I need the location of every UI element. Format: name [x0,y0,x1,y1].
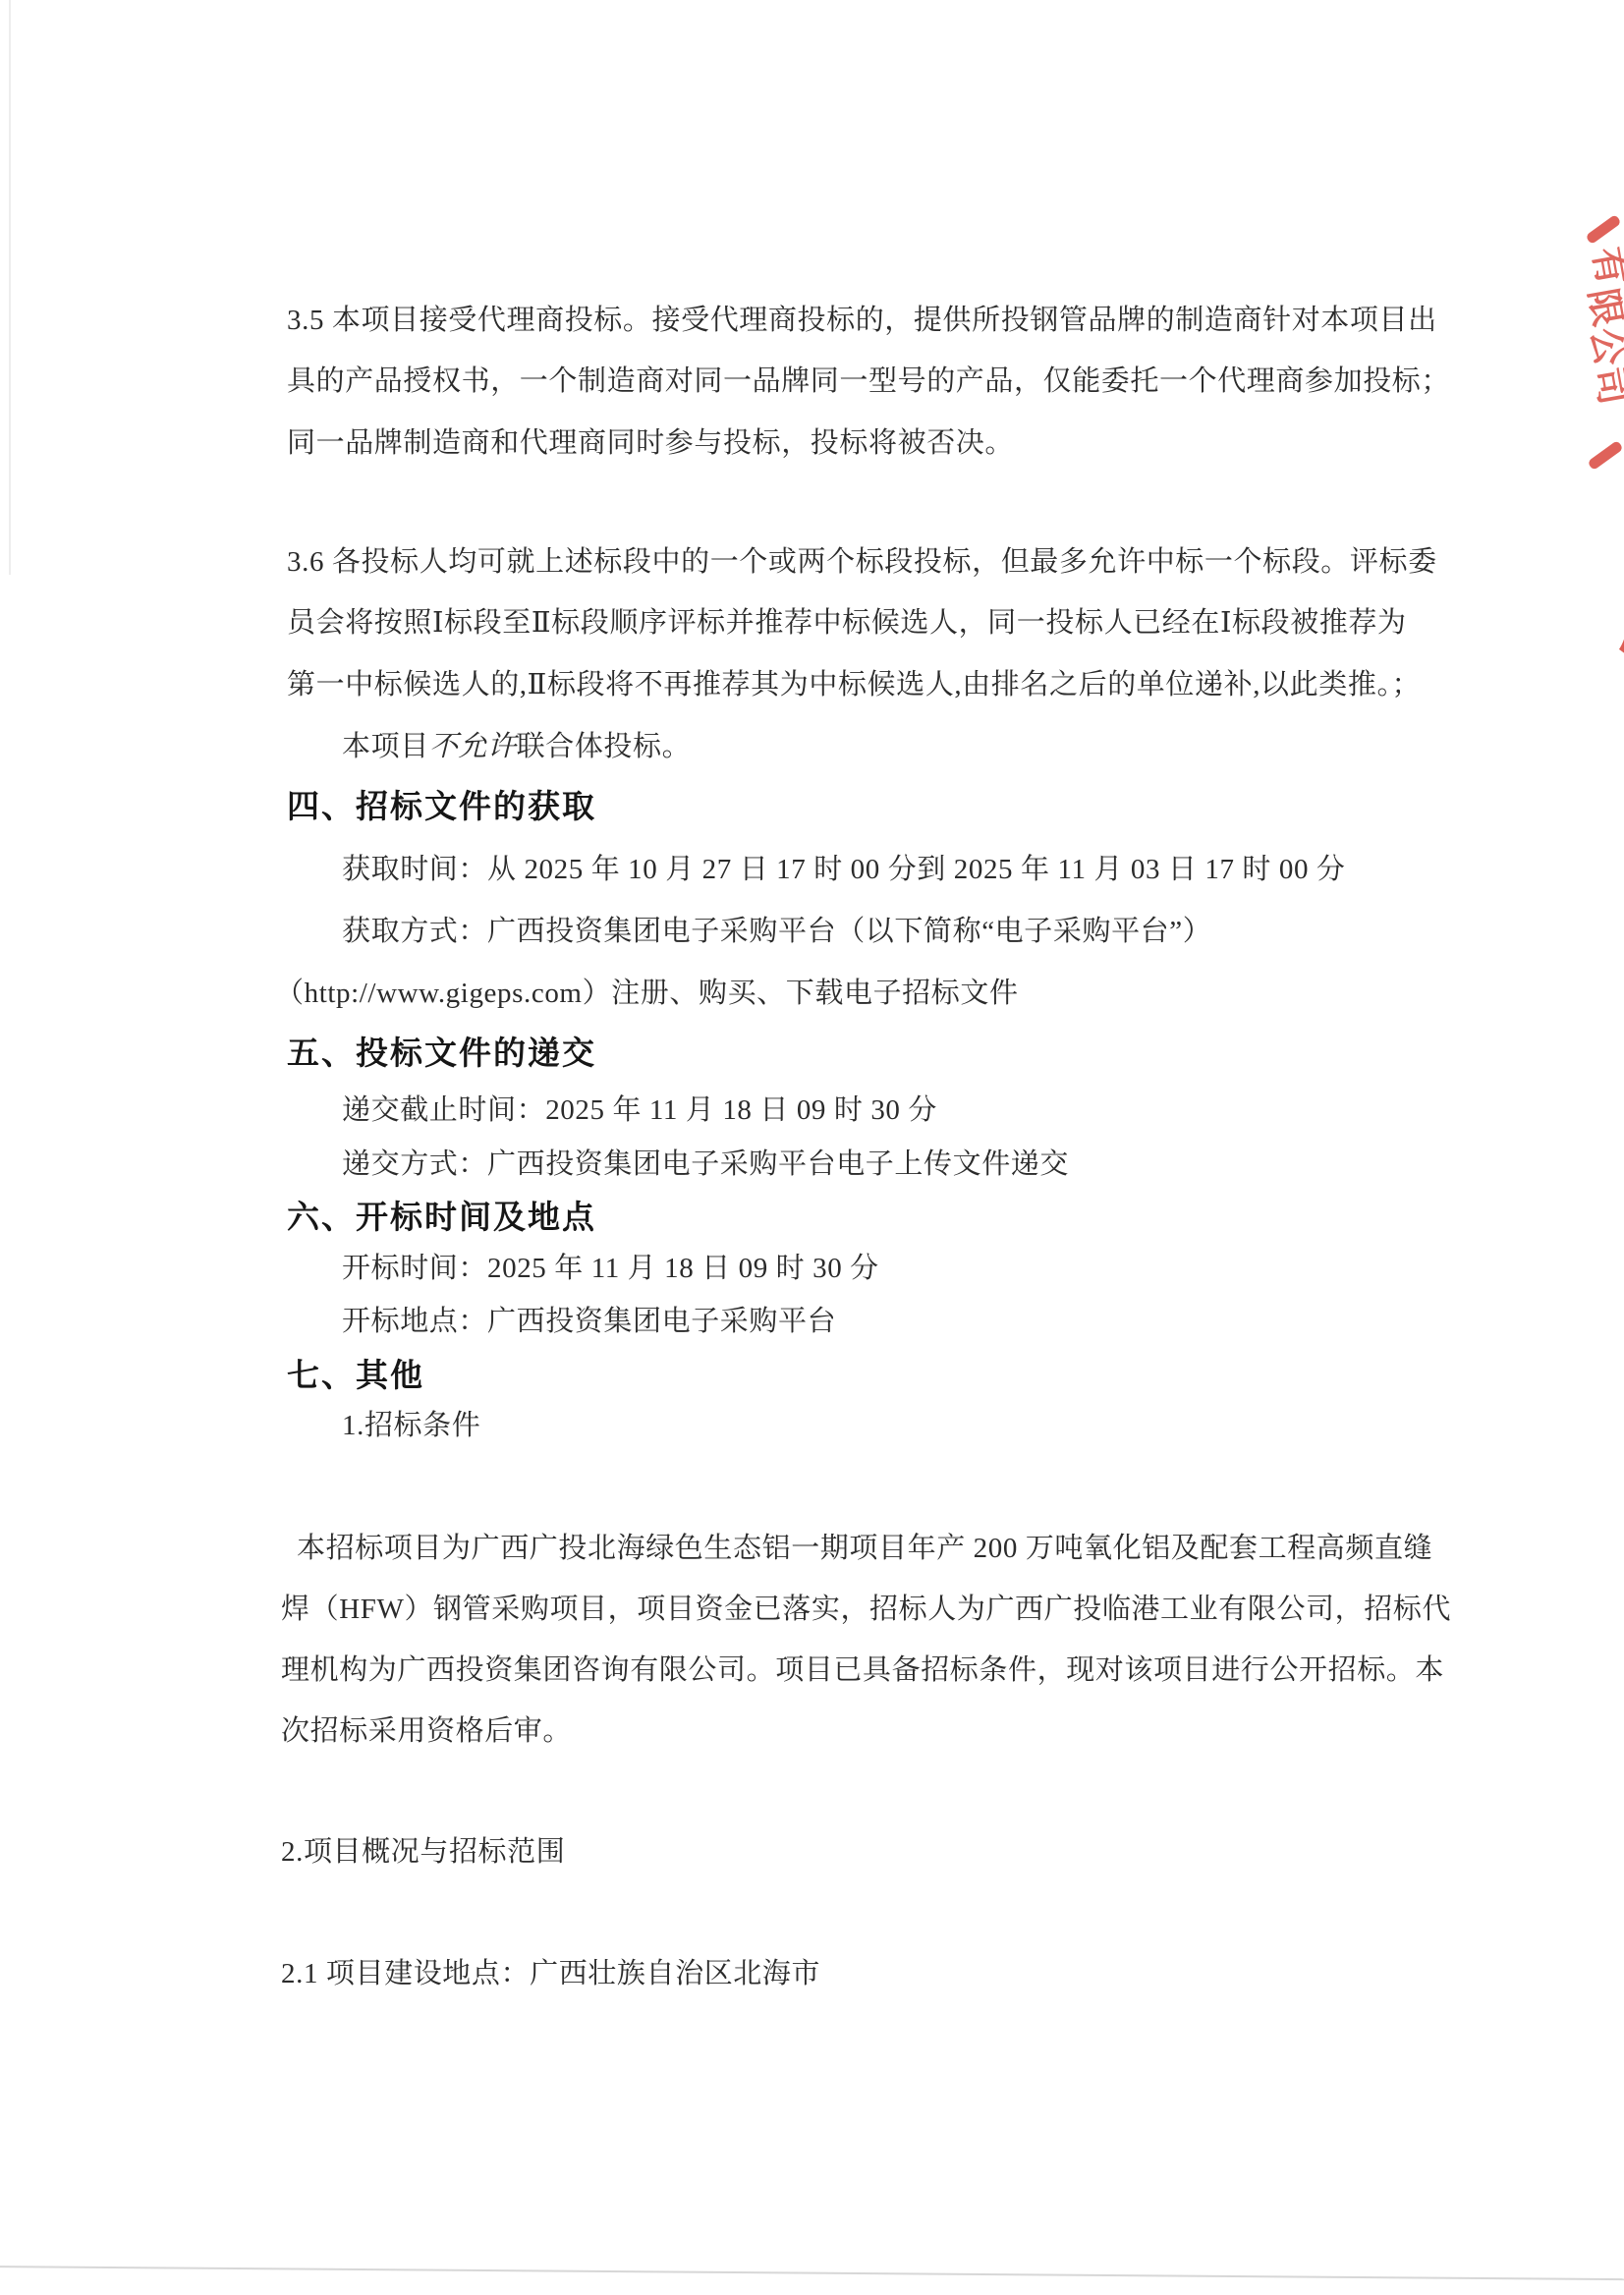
section-7-paragraph-line-3: 理机构为广西投资集团咨询有限公司。项目已具备招标条件，现对该项目进行公开招标。本 [281,1648,1444,1688]
seal-character-2: 限 [1583,286,1624,329]
joint-venture-note-prefix: 本项目 [342,731,429,762]
seal-arc-stroke-bottom [1587,440,1623,471]
section-7-item-2-1: 2.1 项目建设地点：广西壮族自治区北海市 [281,1951,820,1991]
scan-edge-line-bottom [0,2266,1624,2281]
section-6-heading: 六、开标时间及地点 [287,1192,596,1238]
paragraph-3-5-line-3: 同一品牌制造商和代理商同时参与投标，投标将被否决。 [287,420,1014,461]
section-5-method: 递交方式：广西投资集团电子采购平台电子上传文件递交 [342,1142,1069,1182]
section-5-deadline: 递交截止时间：2025 年 11 月 18 日 09 时 30 分 [342,1088,937,1128]
section-7-paragraph-line-1: 本招标项目为广西广投北海绿色生态铝一期项目年产 200 万吨氧化铝及配套工程高频… [297,1526,1432,1566]
document-page: 3.5 本项目接受代理商投标。接受代理商投标的，提供所投钢管品牌的制造商针对本项… [0,0,1624,2295]
joint-venture-note: 本项目不允许联合体投标。 [342,724,691,764]
section-5-heading: 五、投标文件的递交 [287,1028,596,1074]
section-4-obtain-method: 获取方式：广西投资集团电子采购平台（以下简称“电子采购平台”） [342,909,1211,949]
paragraph-3-5-line-1: 3.5 本项目接受代理商投标。接受代理商投标的，提供所投钢管品牌的制造商针对本项… [287,298,1437,338]
section-7-item-2: 2.项目概况与招标范围 [281,1829,565,1870]
section-4-platform-url-line: （http://www.gigeps.com）注册、购买、下载电子招标文件 [275,971,1019,1011]
section-7-paragraph-line-4: 次招标采用资格后审。 [281,1708,572,1749]
section-7-heading: 七、其他 [287,1350,424,1396]
paragraph-3-6-line-3: 第一中标候选人的,Ⅱ标段将不再推荐其为中标候选人,由排名之后的单位递补,以此类推… [287,662,1421,702]
seal-character-4: 司 [1589,364,1624,408]
section-6-open-place: 开标地点：广西投资集团电子采购平台 [342,1299,836,1339]
seal-character-1: 有 [1587,245,1624,288]
seal-arc-crescent [1590,551,1624,661]
joint-venture-note-emphasis: 不允许 [429,731,517,762]
section-7-item-1: 1.招标条件 [342,1403,480,1443]
section-6-open-time: 开标时间：2025 年 11 月 18 日 09 时 30 分 [342,1246,879,1286]
joint-venture-note-suffix: 联合体投标。 [517,731,692,762]
scan-edge-line-left [9,0,11,575]
seal-character-3: 公 [1585,325,1624,368]
section-7-paragraph-line-2: 焊（HFW）钢管采购项目，项目资金已落实，招标人为广西广投临港工业有限公司，招标… [281,1587,1451,1627]
section-4-heading: 四、招标文件的获取 [287,781,596,827]
paragraph-3-6-line-2: 员会将按照Ⅰ标段至Ⅱ标段顺序评标并推荐中标候选人，同一投标人已经在Ⅰ标段被推荐为 [287,600,1407,641]
paragraph-3-6-line-1: 3.6 各投标人均可就上述标段中的一个或两个标段投标，但最多允许中标一个标段。评… [287,539,1437,580]
paragraph-3-5-line-2: 具的产品授权书，一个制造商对同一品牌同一型号的产品，仅能委托一个代理商参加投标； [287,359,1450,399]
section-4-obtain-time: 获取时间：从 2025 年 10 月 27 日 17 时 00 分到 2025 … [342,847,1346,887]
seal-arc-stroke-top [1585,214,1621,245]
